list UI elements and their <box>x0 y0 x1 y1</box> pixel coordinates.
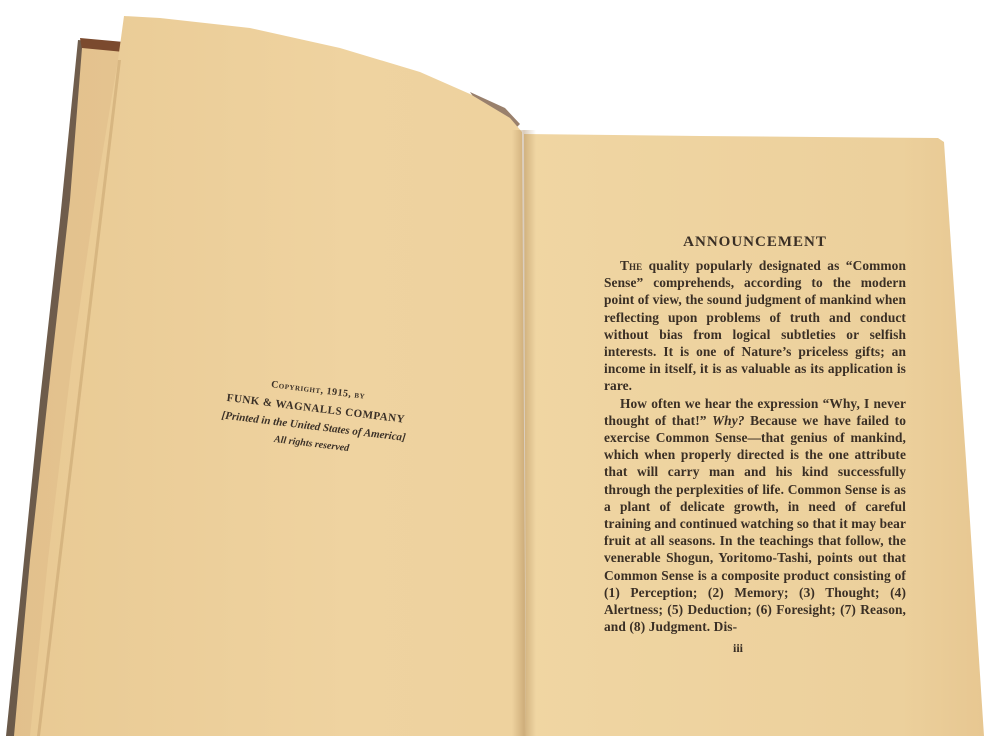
paragraph-2-emphasis: Why? <box>712 413 744 428</box>
book-gutter <box>512 130 536 736</box>
page-number: iii <box>733 641 743 656</box>
announcement-paragraph-2: How often we hear the expression “Why, I… <box>604 395 906 636</box>
drop-word: The <box>620 258 642 273</box>
announcement-paragraph-1: The quality popularly designated as “Com… <box>604 257 906 395</box>
announcement-title: ANNOUNCEMENT <box>604 234 906 251</box>
paragraph-1-text: quality popularly designated as “Common … <box>604 258 906 393</box>
announcement-section: ANNOUNCEMENT The quality popularly desig… <box>604 234 906 635</box>
paragraph-2-text-b: Because we have failed to exercise Commo… <box>604 413 906 634</box>
